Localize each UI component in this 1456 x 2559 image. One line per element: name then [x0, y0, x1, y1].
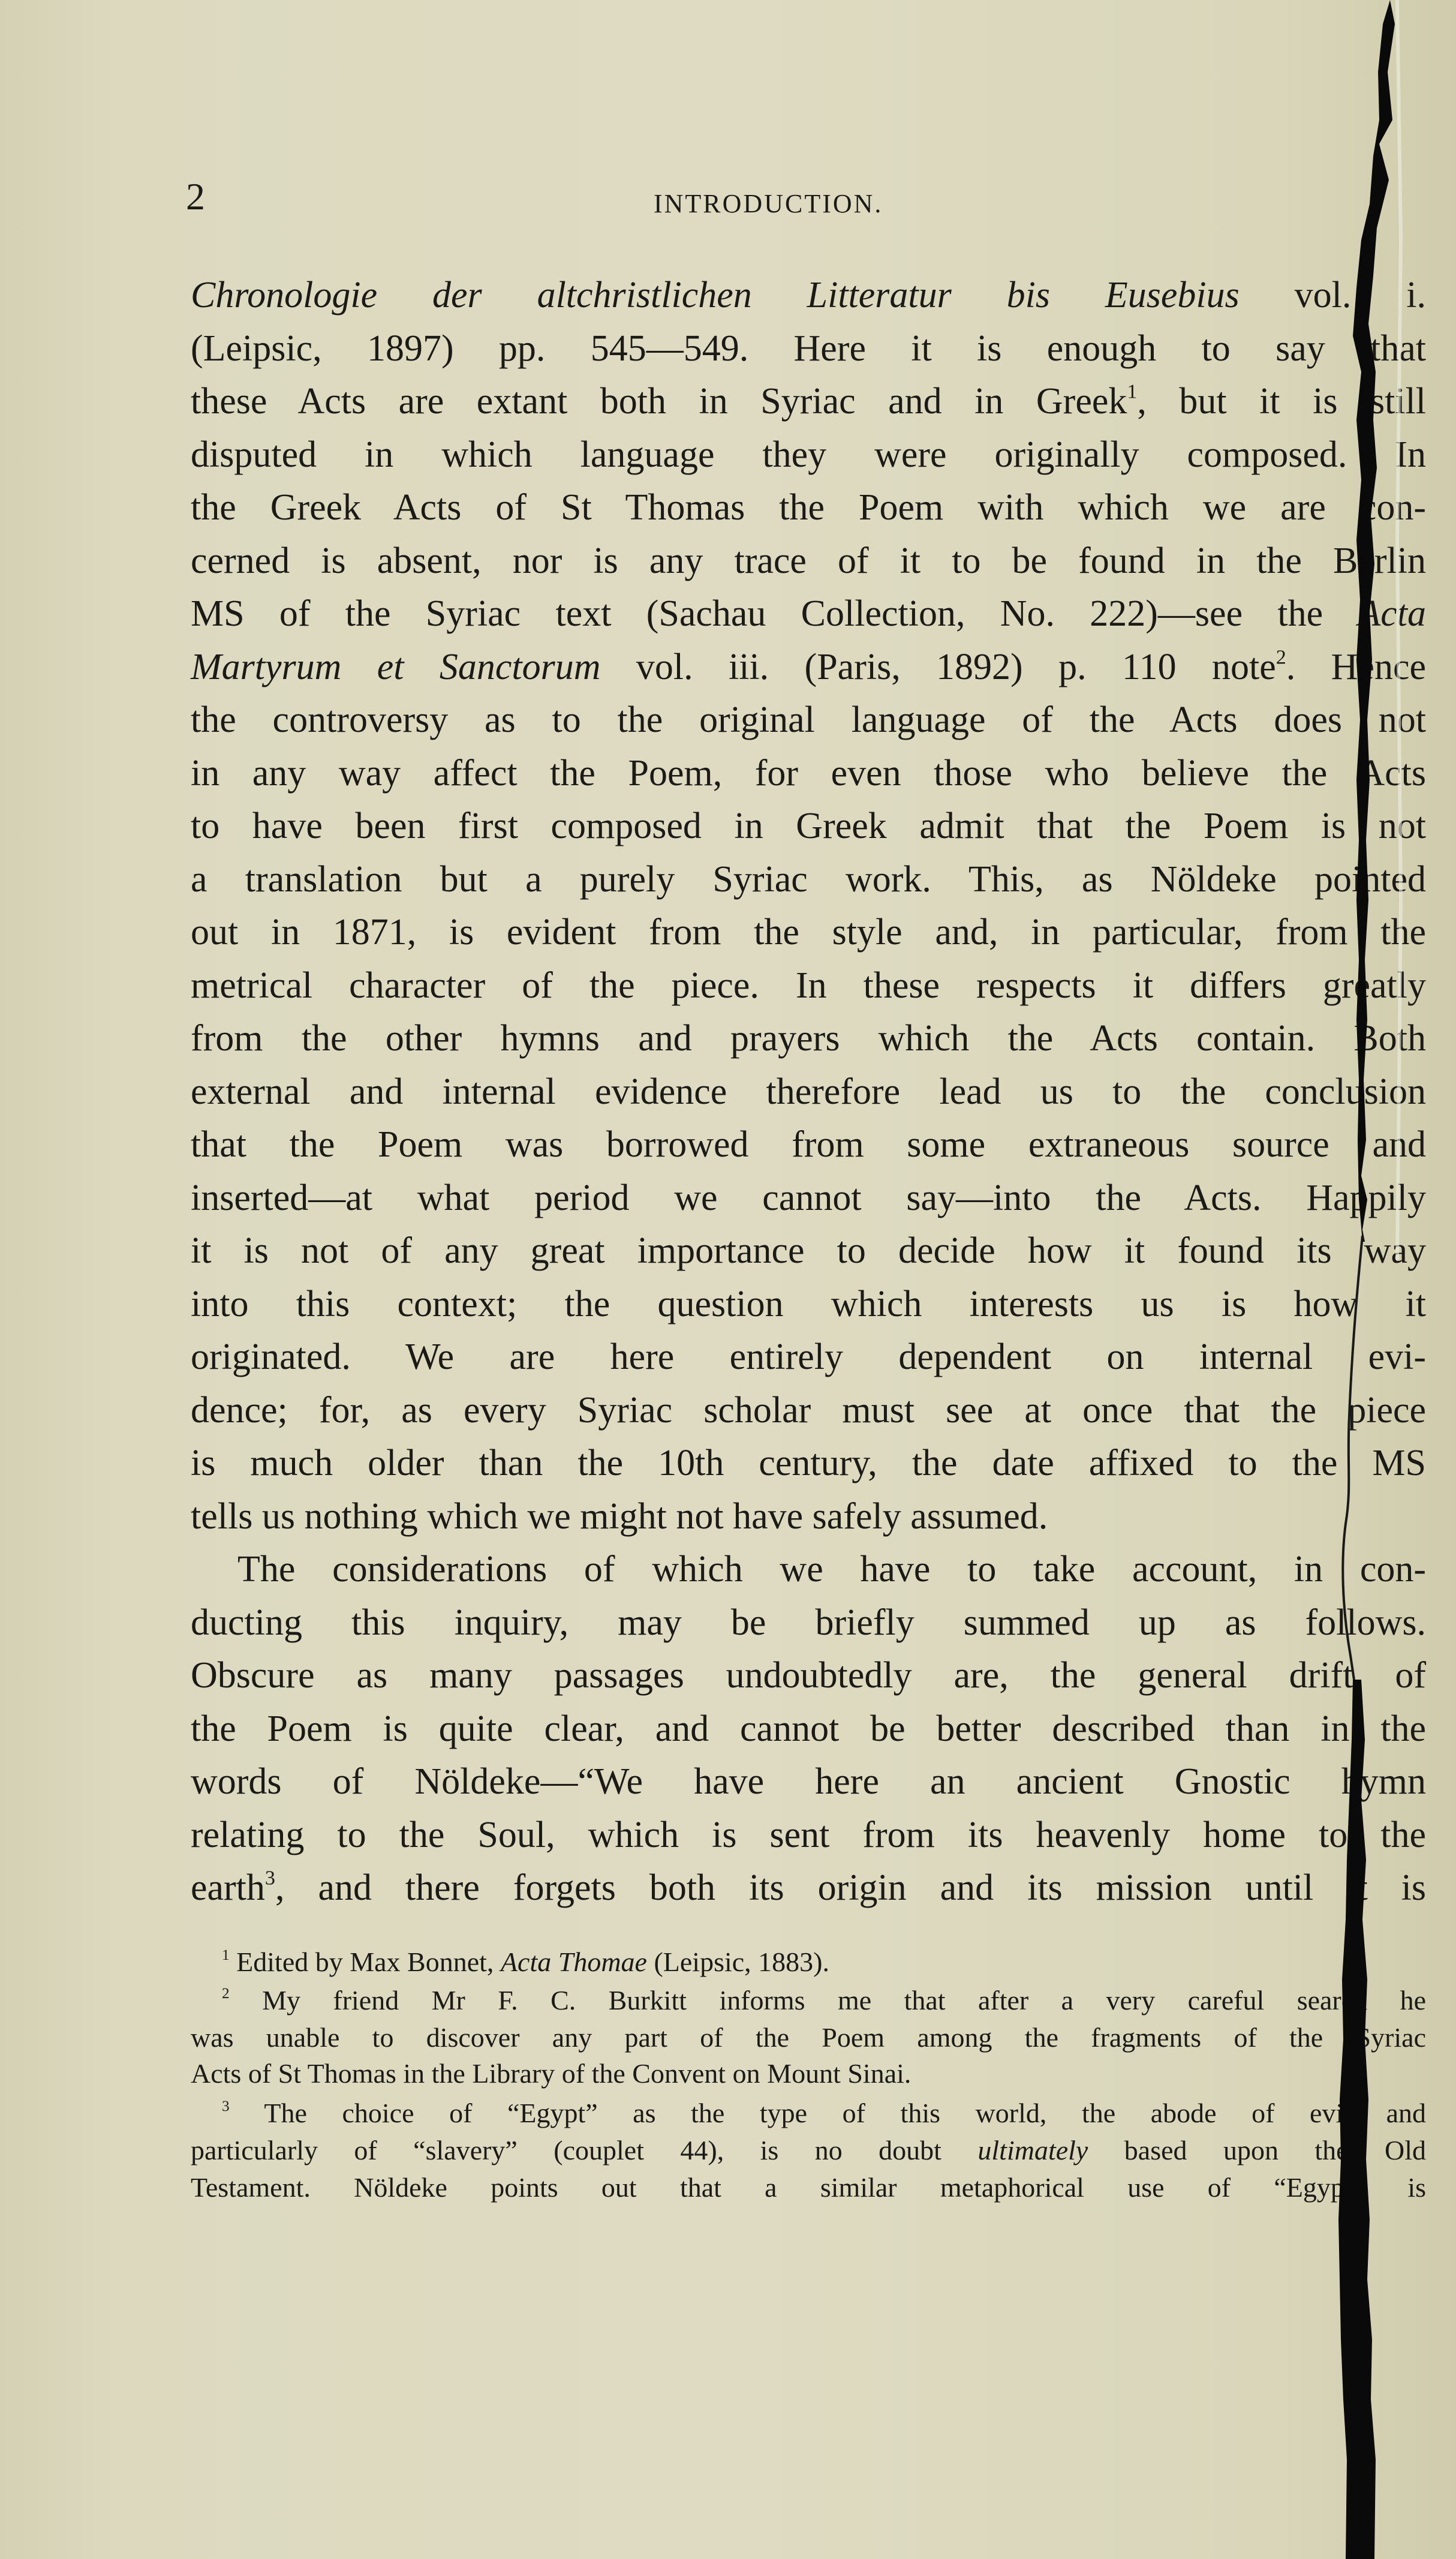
- text-span: in any way affect the Poem, for even tho…: [191, 753, 1426, 794]
- text-span: the controversy as to the original langu…: [191, 699, 1426, 740]
- footnote-line: Acts of St Thomas in the Library of the …: [191, 2055, 1426, 2092]
- running-head: INTRODUCTION.: [654, 191, 883, 217]
- text-span: MS of the Syriac text (Sachau Collection…: [191, 593, 1358, 634]
- body-line: Chronologie der altchristlichen Litterat…: [191, 269, 1426, 322]
- text-span: the Greek Acts of St Thomas the Poem wit…: [191, 487, 1426, 528]
- text-span: into this context; the question which in…: [191, 1284, 1426, 1324]
- footnote-marker: 3: [265, 1867, 275, 1889]
- footnote-marker: 1: [1127, 380, 1137, 403]
- text-span: (Leipsic, 1897) pp. 545—549. Here it is …: [191, 328, 1426, 369]
- body-line: Martyrum et Sanctorum vol. iii. (Paris, …: [191, 641, 1426, 693]
- footnote-line: 3 The choice of “Egypt” as the type of t…: [191, 2095, 1426, 2132]
- text-span: Acts of St Thomas in the Library of the …: [191, 2058, 911, 2089]
- text-span: The choice of “Egypt” as the type of thi…: [230, 2098, 1426, 2128]
- body-line: into this context; the question which in…: [191, 1278, 1426, 1330]
- body-line: relating to the Soul, which is sent from…: [191, 1809, 1426, 1861]
- page-number: 2: [186, 178, 205, 216]
- body-line: words of Nöldeke—“We have here an ancien…: [191, 1755, 1426, 1808]
- body-line: to have been first composed in Greek adm…: [191, 800, 1426, 852]
- body-line: earth3, and there forgets both its origi…: [191, 1861, 1426, 1914]
- italic-text: ultimately: [977, 2135, 1088, 2165]
- text-span: dence; for, as every Syriac scholar must…: [191, 1390, 1426, 1431]
- text-span: inserted—at what period we cannot say—in…: [191, 1178, 1426, 1218]
- text-span: relating to the Soul, which is sent from…: [191, 1815, 1426, 1855]
- footnote-marker: 2: [222, 1985, 230, 2002]
- body-line: Obscure as many passages undoubtedly are…: [191, 1649, 1426, 1702]
- text-span: it is not of any great importance to dec…: [191, 1230, 1426, 1271]
- footnote-line: 2 My friend Mr F. C. Burkitt informs me …: [191, 1982, 1426, 2019]
- text-span: words of Nöldeke—“We have here an ancien…: [191, 1761, 1426, 1802]
- body-line: out in 1871, is evident from the style a…: [191, 906, 1426, 959]
- text-span: that the Poem was borrowed from some ext…: [191, 1124, 1426, 1165]
- footnote-marker: 2: [1276, 646, 1286, 668]
- text-span: is much older than the 10th century, the…: [191, 1443, 1426, 1483]
- text-span: metrical character of the piece. In thes…: [191, 965, 1426, 1006]
- body-line: inserted—at what period we cannot say—in…: [191, 1172, 1426, 1224]
- body-line: MS of the Syriac text (Sachau Collection…: [191, 587, 1426, 640]
- text-span: particularly of “slavery” (couplet 44), …: [191, 2135, 977, 2165]
- footnote-line: 1 Edited by Max Bonnet, Acta Thomae (Lei…: [191, 1944, 1426, 1981]
- text-span: disputed in which language they were ori…: [191, 434, 1426, 475]
- footnote-line: Testament. Nöldeke points out that a sim…: [191, 2169, 1426, 2206]
- text-span: earth: [191, 1867, 265, 1908]
- text-span: vol. i.: [1240, 275, 1426, 316]
- footnote-marker: 1: [222, 1947, 230, 1963]
- text-span: a translation but a purely Syriac work. …: [191, 859, 1426, 900]
- body-line: from the other hymns and prayers which t…: [191, 1012, 1426, 1065]
- text-span: (Leipsic, 1883).: [647, 1947, 829, 1977]
- text-span: . Hence: [1286, 647, 1426, 687]
- text-span: these Acts are extant both in Syriac and…: [191, 381, 1127, 422]
- text-span: Edited by Max Bonnet,: [230, 1947, 501, 1977]
- body-line: tells us nothing which we might not have…: [191, 1490, 1426, 1543]
- text-span: the Poem is quite clear, and cannot be b…: [191, 1708, 1426, 1749]
- body-line: the Poem is quite clear, and cannot be b…: [191, 1702, 1426, 1755]
- italic-text: Martyrum et Sanctorum: [191, 647, 601, 687]
- footnote-line: particularly of “slavery” (couplet 44), …: [191, 2132, 1426, 2169]
- body-line: a translation but a purely Syriac work. …: [191, 853, 1426, 906]
- body-line: it is not of any great importance to dec…: [191, 1224, 1426, 1277]
- text-span: tells us nothing which we might not have…: [191, 1496, 1048, 1537]
- footnote-marker: 3: [222, 2098, 230, 2115]
- italic-text: Acta: [1358, 593, 1426, 634]
- text-span: The considerations of which we have to t…: [237, 1549, 1426, 1590]
- body-line: cerned is absent, nor is any trace of it…: [191, 534, 1426, 587]
- body-line: in any way affect the Poem, for even tho…: [191, 747, 1426, 800]
- body-line: ducting this inquiry, may be briefly sum…: [191, 1596, 1426, 1649]
- body-line: dence; for, as every Syriac scholar must…: [191, 1384, 1426, 1437]
- text-span: My friend Mr F. C. Burkitt informs me th…: [230, 1985, 1426, 2016]
- text-span: cerned is absent, nor is any trace of it…: [191, 540, 1426, 581]
- text-span: Testament. Nöldeke points out that a sim…: [191, 2172, 1426, 2203]
- text-span: Obscure as many passages undoubtedly are…: [191, 1655, 1426, 1696]
- text-span: was unable to discover any part of the P…: [191, 2022, 1426, 2053]
- text-span: , and there forgets both its origin and …: [275, 1867, 1426, 1908]
- body-line: these Acts are extant both in Syriac and…: [191, 375, 1426, 428]
- text-span: external and internal evidence therefore…: [191, 1071, 1426, 1112]
- text-span: originated. We are here entirely depende…: [191, 1336, 1426, 1377]
- body-line: metrical character of the piece. In thes…: [191, 959, 1426, 1012]
- text-span: , but it is still: [1137, 381, 1426, 422]
- body-line: disputed in which language they were ori…: [191, 428, 1426, 481]
- body-line: the Greek Acts of St Thomas the Poem wit…: [191, 481, 1426, 534]
- body-line: is much older than the 10th century, the…: [191, 1437, 1426, 1489]
- text-span: out in 1871, is evident from the style a…: [191, 912, 1426, 953]
- text-span: vol. iii. (Paris, 1892) p. 110 note: [601, 647, 1276, 687]
- text-span: from the other hymns and prayers which t…: [191, 1018, 1426, 1059]
- body-line: external and internal evidence therefore…: [191, 1065, 1426, 1118]
- text-span: to have been first composed in Greek adm…: [191, 806, 1426, 846]
- italic-text: Acta Thomae: [501, 1947, 647, 1977]
- footnote-line: was unable to discover any part of the P…: [191, 2019, 1426, 2056]
- body-line: (Leipsic, 1897) pp. 545—549. Here it is …: [191, 322, 1426, 375]
- body-line: The considerations of which we have to t…: [191, 1543, 1426, 1596]
- italic-text: Chronologie der altchristlichen Litterat…: [191, 275, 1240, 316]
- body-line: originated. We are here entirely depende…: [191, 1330, 1426, 1383]
- text-span: based upon the Old: [1088, 2135, 1426, 2165]
- body-line: that the Poem was borrowed from some ext…: [191, 1118, 1426, 1171]
- text-span: ducting this inquiry, may be briefly sum…: [191, 1602, 1426, 1643]
- body-line: the controversy as to the original langu…: [191, 693, 1426, 746]
